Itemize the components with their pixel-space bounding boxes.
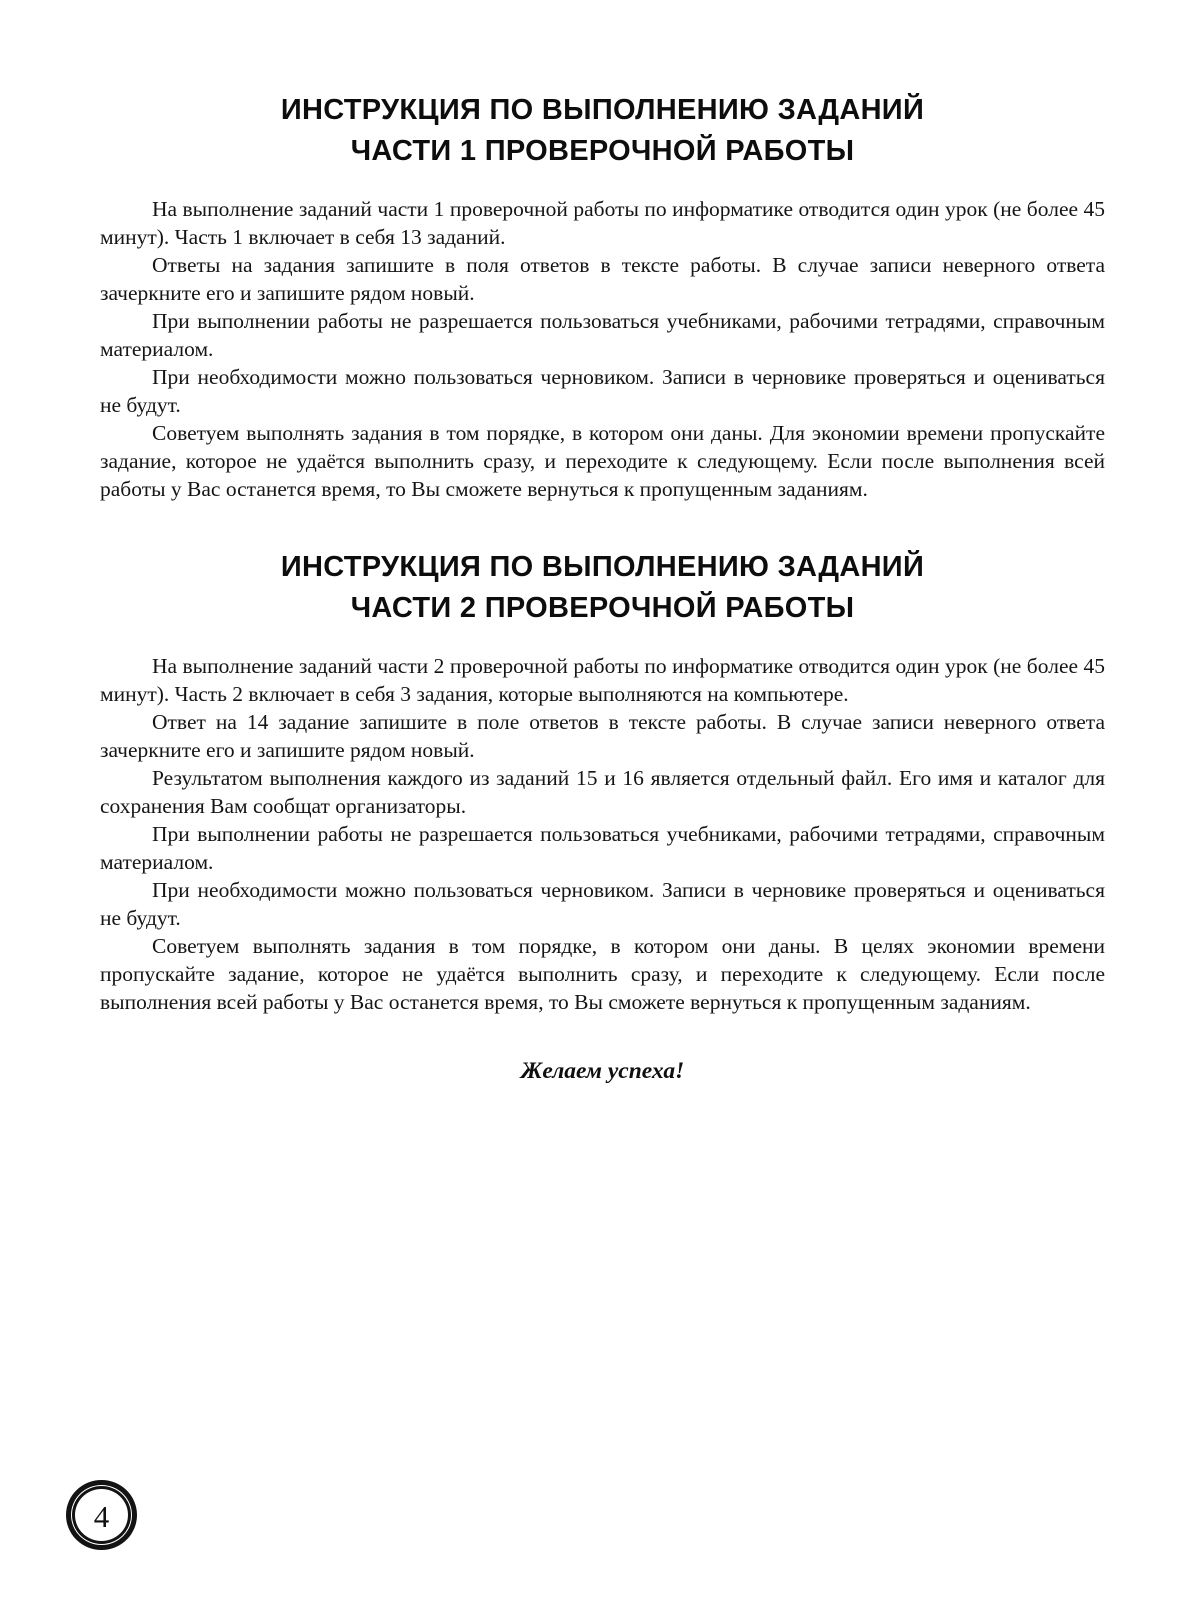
page-number: 4 [94,1499,110,1532]
paragraph: Результатом выполнения каждого из задани… [100,764,1105,820]
closing-wish: Желаем успеха! [100,1058,1105,1085]
section-2-body: На выполнение заданий части 2 проверочно… [100,652,1105,1016]
page-content: ИНСТРУКЦИЯ ПО ВЫПОЛНЕНИЮ ЗАДАНИЙ ЧАСТИ 1… [0,0,1200,1085]
paragraph: При выполнении работы не разрешается пол… [100,307,1105,363]
page-number-inner-ring: 4 [72,1486,131,1544]
document-page: ИНСТРУКЦИЯ ПО ВЫПОЛНЕНИЮ ЗАДАНИЙ ЧАСТИ 1… [0,0,1200,1600]
paragraph: Ответ на 14 задание запишите в поле отве… [100,708,1105,764]
paragraph: На выполнение заданий части 2 проверочно… [100,652,1105,708]
section-1-body: На выполнение заданий части 1 проверочно… [100,195,1105,503]
section-instructions-part-1: ИНСТРУКЦИЯ ПО ВЫПОЛНЕНИЮ ЗАДАНИЙ ЧАСТИ 1… [100,90,1105,503]
section-1-title-line-1: ИНСТРУКЦИЯ ПО ВЫПОЛНЕНИЮ ЗАДАНИЙ [100,90,1105,131]
paragraph: Советуем выполнять задания в том порядке… [100,419,1105,503]
section-instructions-part-2: ИНСТРУКЦИЯ ПО ВЫПОЛНЕНИЮ ЗАДАНИЙ ЧАСТИ 2… [100,547,1105,1016]
paragraph: При необходимости можно пользоваться чер… [100,876,1105,932]
section-1-title-line-2: ЧАСТИ 1 ПРОВЕРОЧНОЙ РАБОТЫ [100,131,1105,172]
section-2-title: ИНСТРУКЦИЯ ПО ВЫПОЛНЕНИЮ ЗАДАНИЙ ЧАСТИ 2… [100,547,1105,629]
paragraph: При необходимости можно пользоваться чер… [100,363,1105,419]
page-number-badge: 4 [66,1480,137,1550]
paragraph: На выполнение заданий части 1 проверочно… [100,195,1105,251]
section-1-title: ИНСТРУКЦИЯ ПО ВЫПОЛНЕНИЮ ЗАДАНИЙ ЧАСТИ 1… [100,90,1105,172]
section-2-title-line-1: ИНСТРУКЦИЯ ПО ВЫПОЛНЕНИЮ ЗАДАНИЙ [100,547,1105,588]
paragraph: Ответы на задания запишите в поля ответо… [100,251,1105,307]
paragraph: При выполнении работы не разрешается пол… [100,820,1105,876]
paragraph: Советуем выполнять задания в том порядке… [100,932,1105,1016]
section-2-title-line-2: ЧАСТИ 2 ПРОВЕРОЧНОЙ РАБОТЫ [100,588,1105,629]
